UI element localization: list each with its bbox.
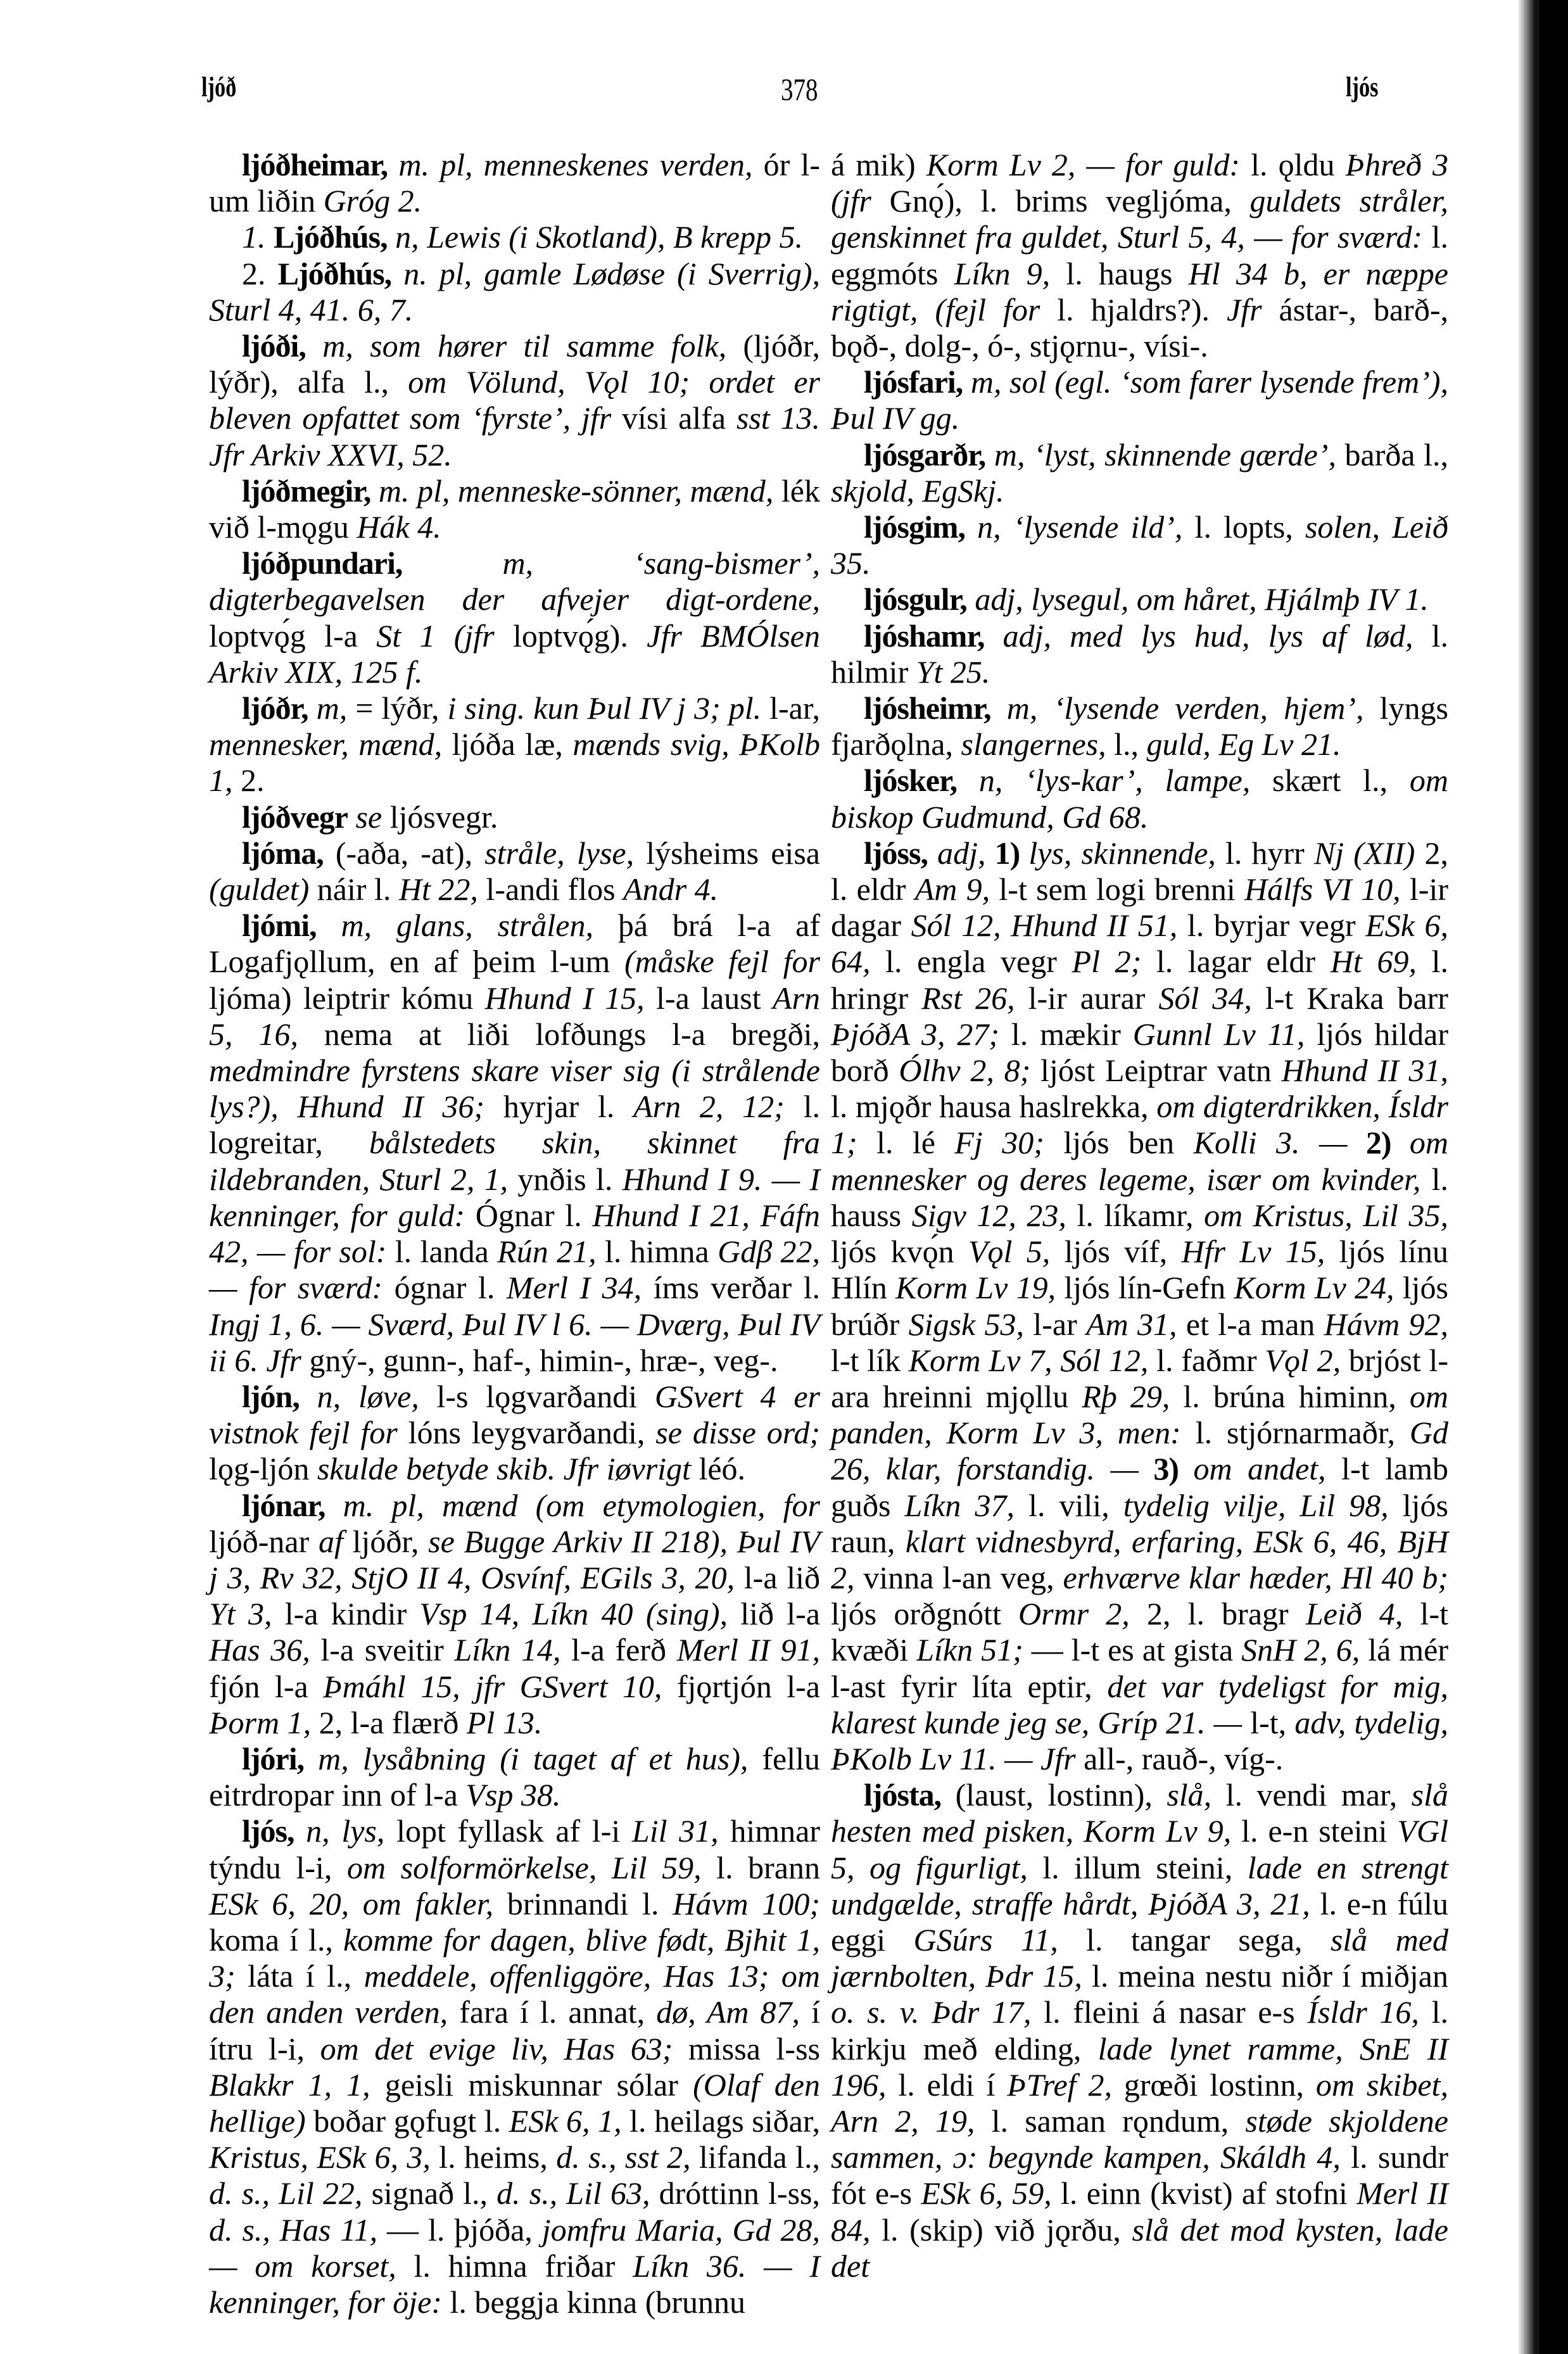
entry-text: l. ǫldu — [1240, 147, 1346, 182]
headword: ljóði, — [242, 328, 306, 364]
entry-text: (laust, lostinn), — [941, 1777, 1167, 1813]
entry-text: l. tangar sega, — [1058, 1922, 1331, 1958]
italic-gloss: Korm Lv 19, — [895, 1270, 1056, 1305]
right-guide-word: ljós — [1346, 71, 1378, 103]
italic-gloss: Arn 2, 12; — [633, 1089, 785, 1124]
sense-number: 3) — [1139, 1451, 1194, 1486]
italic-gloss: St 1 (jfr — [376, 618, 494, 654]
entry-text: lopt fyllask af l-i — [384, 1813, 632, 1849]
italic-gloss: m, ‘lyst, skinnende gærde’, — [985, 437, 1336, 472]
entry-text: l. líkamr, — [1066, 1198, 1204, 1233]
dictionary-entry: ljóðheimar, m. pl, menneskenes verden, ó… — [209, 147, 820, 219]
entry-text: l. brann — [702, 1850, 820, 1885]
headword: ljóðpundari, — [242, 545, 402, 581]
italic-gloss: Þmáhl 15, jfr GSvert 10, — [323, 1669, 662, 1704]
italic-gloss: erhværve klar hæder, Hl 40 b; — [1063, 1560, 1448, 1595]
entry-text: gný-, gunn-, haf-, himin-, hræ-, veg-. — [301, 1343, 778, 1378]
italic-gloss: i sing. kun Þul IV j 3; pl. — [448, 690, 762, 726]
italic-gloss: Líkn 51; — [916, 1632, 1023, 1667]
italic-gloss: Ormr 2, — [1018, 1596, 1130, 1631]
italic-gloss: Líkn 9, — [954, 256, 1051, 291]
entry-text: l-t sem logi brenni — [990, 871, 1244, 907]
italic-gloss: Kolli 3. — — [1194, 1125, 1348, 1160]
sense-number: 2) — [1347, 1125, 1409, 1160]
italic-gloss: Fj 30; — [954, 1125, 1044, 1160]
entry-text: loptvǫ́g l-a — [209, 618, 376, 654]
entry-text: l. saman rǫndum, — [975, 2103, 1245, 2139]
entry-text: ljóst Leiptrar vatn — [1030, 1053, 1281, 1088]
italic-gloss: ÞTref 2, — [1007, 2067, 1112, 2103]
headword: ljón, — [242, 1379, 300, 1414]
entry-text: l. lagar eldr — [1141, 944, 1331, 979]
entry-text: l. vendi mar, — [1211, 1777, 1411, 1813]
entry-text: l-ar — [1024, 1307, 1086, 1342]
italic-gloss: adj, med lys hud, lys af lød, — [985, 618, 1413, 654]
italic-gloss: mennesker, mænd, — [209, 726, 442, 762]
italic-gloss: slangernes, — [961, 726, 1106, 762]
sense-number: Ljóðhús, — [278, 256, 392, 291]
italic-gloss: lys, skinnende, — [1028, 835, 1216, 871]
entry-text: ljóðr, — [343, 1524, 428, 1559]
entry-text: l. (skip) við jǫrðu, — [871, 2212, 1132, 2248]
italic-gloss: d. s., sst 2, — [556, 2139, 690, 2175]
dictionary-entry: ljósgim, n, ‘lysende ild’, l. lopts, sol… — [831, 509, 1448, 581]
entry-text: l. vili, — [1015, 1488, 1123, 1523]
entry-text: ljós kvǫ́n — [831, 1234, 968, 1269]
italic-gloss: guld, Eg Lv 21. — [1147, 726, 1341, 762]
entry-text: l-t Kraka barr — [1252, 980, 1448, 1016]
dictionary-entry: ljósker, n, ‘lys-kar’, lampe, skært l., … — [831, 763, 1448, 835]
entry-text: boðar gǫfugt l. — [306, 2103, 509, 2139]
dictionary-entry: ljóðpundari, m, ‘sang-bismer’, digterbeg… — [209, 545, 820, 690]
italic-gloss: Gróg 2. — [324, 183, 422, 218]
right-column: á mik) Korm Lv 2, — for guld: l. ǫldu Þh… — [831, 147, 1448, 2284]
dictionary-entry: ljóss, adj, 1) lys, skinnende, l. hyrr N… — [831, 835, 1448, 1777]
italic-gloss: Am 31, — [1086, 1307, 1177, 1342]
italic-gloss: om det evige liv, Has 63; — [320, 2031, 673, 2066]
italic-gloss: Pl 13. — [467, 1705, 542, 1740]
italic-gloss: Hák 4. — [357, 509, 441, 545]
dictionary-entry: ljónar, m. pl, mænd (om etymologien, for… — [209, 1488, 820, 1741]
headword: ljóðheimar, — [242, 147, 388, 182]
italic-gloss: ESk 6, 1, — [509, 2103, 622, 2139]
italic-gloss: Kristus, ESk 6, 3, — [209, 2139, 431, 2175]
italic-gloss: skulde betyde skib. Jfr iøvrigt — [317, 1451, 691, 1486]
entry-text: lýsheims eisa — [634, 835, 820, 871]
italic-gloss: ESk 6, 20, om fakler, — [209, 1886, 493, 1921]
italic-gloss: d. s., Lil 22, — [209, 2175, 362, 2211]
entry-text: ljós ben — [1044, 1125, 1194, 1160]
entry-text: l-a ferð — [560, 1632, 676, 1667]
italic-gloss: n, ‘lysende ild’, — [965, 509, 1182, 545]
entry-text: l. e-n steini — [1231, 1813, 1397, 1849]
italic-gloss: Sigsk 53, — [909, 1307, 1024, 1342]
entry-text: koma í l., — [209, 1922, 343, 1958]
entry-text: l. mjǫðr hausa haslrekka, — [831, 1089, 1156, 1124]
italic-gloss: 1. — [242, 219, 274, 255]
italic-gloss: n, ‘lys-kar’, lampe, — [957, 763, 1250, 798]
dictionary-entry: ljósfari, m, sol (egl. ‘som farer lysend… — [831, 364, 1448, 436]
italic-gloss: m. pl, menneskenes verden, — [388, 147, 752, 182]
italic-gloss: n, Lewis (i Skotland), B krepp 5. — [388, 219, 803, 255]
entry-text: (-aða, -at), — [324, 835, 485, 871]
entry-text: náir l. — [309, 871, 399, 907]
italic-gloss: Korm Lv 2, — for guld: — [926, 147, 1240, 182]
italic-gloss: Líkn 14, — [454, 1632, 560, 1667]
italic-gloss: dø, Am 87, — [656, 1994, 800, 2030]
entry-text: l-s lǫgvarðandi — [419, 1379, 655, 1414]
entry-text: l. engla vegr — [871, 944, 1072, 979]
sense-number: Ljóðhús, — [274, 219, 388, 255]
entry-text: all-, rauð-, víg-. — [1076, 1741, 1284, 1776]
italic-gloss: m, — [308, 690, 348, 726]
entry-text: íms verðar l. — [642, 1270, 820, 1305]
entry-text: l. byrjar vegr — [1177, 908, 1365, 943]
entry-text: láta í l., — [236, 1958, 364, 1994]
entry-text: skært l., — [1250, 763, 1410, 798]
entry-text: l. meina nestu niðr í miðjan — [1082, 1958, 1448, 1994]
entry-text: lifanda l., — [691, 2139, 820, 2175]
italic-gloss: Andr 4. — [623, 871, 718, 907]
entry-text: l-t lík — [831, 1343, 909, 1378]
italic-gloss: af — [319, 1524, 343, 1559]
dictionary-entry: ljóðmegir, m. pl, menneske-sönner, mænd,… — [209, 473, 820, 545]
italic-gloss: d. s., Lil 63, — [496, 2175, 650, 2211]
italic-gloss: Rst 26, — [921, 980, 1015, 1016]
entry-text: fjǫrtjón l-a — [662, 1669, 820, 1704]
italic-gloss: Am 9, — [915, 871, 990, 907]
entry-text: ljós víf, — [1050, 1234, 1181, 1269]
italic-gloss: skjold, EgSkj. — [831, 473, 1004, 509]
italic-gloss: Has 36, — [209, 1632, 310, 1667]
entry-text: l. stjórnarmaðr, — [1181, 1415, 1410, 1450]
headword: ljóma, — [242, 835, 324, 871]
italic-gloss: Merl I 34, — [507, 1270, 642, 1305]
italic-gloss: o. s. v. Þdr 17, — [831, 1994, 1032, 2030]
entry-text: léó. — [691, 1451, 745, 1486]
italic-gloss: Hfr Lv 15, — [1182, 1234, 1325, 1269]
italic-gloss: Vǫl 5, — [968, 1234, 1050, 1269]
italic-gloss: m, som hører til samme folk, — [306, 328, 726, 364]
italic-gloss: GSúrs 11, — [913, 1922, 1058, 1958]
italic-gloss: SnH 2, 6, — [1241, 1632, 1360, 1667]
entry-text: ljóða læ, — [442, 726, 572, 762]
italic-gloss: m. pl, menneske-sönner, mænd, — [370, 473, 773, 509]
entry-text: l. landa — [386, 1234, 497, 1269]
italic-gloss: Nj (XII) — [1314, 835, 1415, 871]
headword: ljós, — [242, 1813, 294, 1849]
headword: ljómi, — [242, 908, 317, 943]
entry-text: 2, l. bragr — [1130, 1596, 1306, 1631]
entry-text: grœði lostinn, — [1112, 2067, 1316, 2103]
entry-text: l-a laust — [645, 980, 773, 1016]
headword: ljóðvegr — [242, 799, 348, 835]
entry-text: l-a kindir — [272, 1596, 419, 1631]
italic-gloss: Yt 25. — [916, 654, 990, 690]
entry-text: Ógnar l. — [465, 1198, 592, 1233]
entry-text: l. faðmr — [1148, 1343, 1265, 1378]
entry-text: l., — [1106, 726, 1147, 762]
entry-text: lið l-a — [728, 1596, 820, 1631]
entry-text: vísi alfa — [611, 400, 737, 436]
entry-text: ljóma) leiptrir kómu — [209, 980, 485, 1016]
scan-binding-edge — [1540, 0, 1568, 2354]
italic-gloss: Yt 3, — [209, 1596, 272, 1631]
italic-gloss: slå, — [1167, 1777, 1211, 1813]
dictionary-entry: 2. Ljóðhús, n. pl, gamle Lødøse (i Sverr… — [209, 256, 820, 328]
headword: ljóri, — [242, 1741, 304, 1776]
entry-text: l. lopts, — [1182, 509, 1305, 545]
entry-text: l. haugs — [1050, 256, 1189, 291]
entry-text: l-andi flos — [478, 871, 623, 907]
italic-gloss: (guldet) — [209, 871, 309, 907]
entry-text: l. fleini á nasar e-s — [1032, 1994, 1308, 2030]
headword: ljónar, — [242, 1488, 325, 1523]
entry-text: hyrjar l. — [484, 1089, 633, 1124]
entry-text: l. heilags siðar, — [622, 2103, 820, 2139]
italic-gloss: adj, — [928, 835, 986, 871]
entry-text: l. eldi í — [887, 2067, 1008, 2103]
italic-gloss: m. pl, mænd (om etymologien, for — [325, 1488, 820, 1523]
entry-text: ljóð-nar — [209, 1524, 319, 1559]
entry-text: nema at liði lofðungs l-a bregði, — [298, 1016, 820, 1052]
dictionary-entry: ljóma, (-aða, -at), stråle, lyse, lýshei… — [209, 835, 820, 908]
headword: ljósta, — [864, 1777, 941, 1813]
entry-text: missa l-ss — [673, 2031, 820, 2066]
headword: ljóðmegir, — [242, 473, 370, 509]
italic-gloss: ESk 6, 59, — [921, 2175, 1051, 2211]
italic-gloss: Lil 31, — [632, 1813, 719, 1849]
italic-gloss: Vsp 38. — [465, 1777, 560, 1813]
dictionary-entry: 1. Ljóðhús, n, Lewis (i Skotland), B kre… — [209, 219, 820, 255]
italic-gloss: Vǫl 2, — [1265, 1343, 1341, 1378]
entry-text: dróttinn l-ss, — [650, 2175, 821, 2211]
italic-gloss: Gunnl Lv 11, — [1133, 1016, 1305, 1052]
sense-number: 1) — [985, 835, 1028, 871]
dictionary-entry: ljóshamr, adj, med lys hud, lys af lød, … — [831, 618, 1448, 690]
headword: ljósker, — [864, 763, 957, 798]
entry-text: á mik) — [831, 147, 926, 182]
italic-gloss: Ísldr 16, — [1307, 1994, 1419, 2030]
headword: ljóshamr, — [864, 618, 985, 654]
italic-gloss: Blakkr 1, 1, — [209, 2067, 370, 2103]
entry-text: barða l., — [1336, 437, 1448, 472]
italic-gloss: Rþ 29, — [1082, 1379, 1170, 1414]
dictionary-entry: ljósgarðr, m, ‘lyst, skinnende gærde’, b… — [831, 437, 1448, 509]
italic-gloss: Hhund I 15, — [485, 980, 645, 1016]
left-guide-word: ljóð — [201, 71, 236, 103]
entry-text: loptvǫ́g). — [495, 618, 647, 654]
entry-text: ógnar l. — [383, 1270, 507, 1305]
italic-gloss: Hálfs VI 10, — [1244, 871, 1401, 907]
entry-text: 2, l-a flærð — [311, 1705, 467, 1740]
entry-text: l. brúna himinn, — [1170, 1379, 1410, 1414]
entry-text: Gnǫ́), l. brims vegljóma, — [871, 183, 1250, 218]
italic-gloss: Ht 22, — [399, 871, 478, 907]
entry-text: et l-a man — [1177, 1307, 1324, 1342]
entry-text: l. beggja kinna (brunnu — [442, 2284, 745, 2320]
italic-gloss: m, lysåbning (i taget af et hus), — [304, 1741, 748, 1776]
entry-text: l. hyrr — [1216, 835, 1314, 871]
italic-gloss: om solformörkelse, Lil 59, — [347, 1850, 702, 1885]
dictionary-entry: ljósheimr, m, ‘lysende verden, hjem’, ly… — [831, 690, 1448, 763]
entry-text: l-a lið — [735, 1560, 820, 1595]
dictionary-entry: ljón, n, løve, l-s lǫgvarðandi GSvert 4 … — [209, 1379, 820, 1488]
italic-gloss: d. s., Has 11, — [209, 2212, 377, 2248]
page-number: 378 — [781, 71, 818, 108]
italic-gloss: Sól 12, Hhund II 51, — [911, 908, 1178, 943]
italic-gloss: adj, lysegul, om håret, Hjálmþ IV 1. — [967, 581, 1429, 617]
italic-gloss: m, ‘lysende verden, hjem’, — [991, 690, 1364, 726]
entry-text: fjón l-a — [209, 1669, 323, 1704]
italic-gloss: om Kristus, Lil 35, — [1204, 1198, 1448, 1233]
italic-gloss: Korm Lv 24, — [1234, 1270, 1394, 1305]
dictionary-entry: ljóðr, m, = lýðr, i sing. kun Þul IV j 3… — [209, 690, 820, 799]
entry-text: signað l., — [362, 2175, 496, 2211]
entry-text: ljósvegr. — [382, 799, 498, 835]
entry-text: brinnandi l. — [493, 1886, 673, 1921]
italic-gloss: Merl II 91, — [677, 1632, 820, 1667]
entry-text: lǫg-ljón — [209, 1451, 317, 1486]
italic-gloss: n, løve, — [300, 1379, 419, 1414]
dictionary-entry: ljómi, m, glans, strålen, þá brá l-a af … — [209, 908, 820, 1379]
italic-gloss: Pl 2; — [1072, 944, 1142, 979]
italic-gloss: Leið 4, — [1306, 1596, 1403, 1631]
dictionary-entry: á mik) Korm Lv 2, — for guld: l. ǫldu Þh… — [831, 147, 1448, 364]
italic-gloss: Vsp 14, Líkn 40 (sing), — [419, 1596, 728, 1631]
entry-text: l. heims, — [431, 2139, 556, 2175]
dictionary-entry: ljósta, (laust, lostinn), slå, l. vendi … — [831, 1777, 1448, 2284]
dictionary-entry: ljósgulr, adj, lysegul, om håret, Hjálmþ… — [831, 581, 1448, 617]
headword: ljóss, — [864, 835, 928, 871]
headword: ljósgarðr, — [864, 437, 985, 472]
entry-text: l. lé — [857, 1125, 955, 1160]
italic-gloss: Korm Lv 7, Sól 12, — [909, 1343, 1149, 1378]
entry-text: — l-t es at gista — [1023, 1632, 1241, 1667]
headword: ljósfari, — [864, 364, 963, 400]
dictionary-entry: ljós, n, lys, lopt fyllask af l-i Lil 31… — [209, 1813, 820, 2320]
entry-text: geisli miskunnar sólar — [370, 2067, 693, 2103]
entry-text: = lýðr, — [347, 690, 447, 726]
italic-gloss: Hávm 100; — [673, 1886, 820, 1921]
entry-text: ljós orðgnótt — [831, 1596, 1018, 1631]
entry-text: l-ir aurar — [1015, 980, 1159, 1016]
headword: ljóðr, — [242, 690, 308, 726]
entry-text: l. einn (kvist) af stofni — [1052, 2175, 1356, 2211]
entry-text: l. himna friðar — [396, 2248, 633, 2284]
headword: ljósgulr, — [864, 581, 967, 617]
headword: ljósgim, — [864, 509, 965, 545]
entry-text: l. mækir — [999, 1016, 1133, 1052]
entry-text: lóns leygvarðandi, — [398, 1415, 656, 1450]
italic-gloss: Rún 21, — [497, 1234, 596, 1269]
italic-gloss: Sól 34, — [1158, 980, 1251, 1016]
italic-gloss: Þorm 1, — [209, 1705, 311, 1740]
italic-gloss: om andet, — [1194, 1451, 1326, 1486]
entry-text: l. hjaldrs?). — [1040, 292, 1227, 327]
italic-gloss: Ht 69, — [1331, 944, 1417, 979]
entry-text: fara í l. annat, — [448, 1994, 656, 2030]
entry-text: l. illum steini, — [1028, 1850, 1248, 1885]
italic-gloss: se — [348, 799, 382, 835]
entry-text: — l. þjóða, — [377, 2212, 542, 2248]
italic-gloss: m, glans, strålen, — [317, 908, 593, 943]
entry-text: 2. — [242, 256, 278, 291]
headword: ljósheimr, — [864, 690, 991, 726]
italic-gloss: ÞjóðA 3, 27; — [831, 1016, 999, 1052]
italic-gloss: Hávm 92, — [1324, 1307, 1448, 1342]
italic-gloss: Hhund II 31, — [1282, 1053, 1448, 1088]
italic-gloss: Líkn 37, — [905, 1488, 1015, 1523]
entry-text: l-ar, — [761, 690, 820, 726]
italic-gloss: Ólhv 2, 8; — [899, 1053, 1030, 1088]
dictionary-entry: ljóði, m, som hører til samme folk, (ljó… — [209, 328, 820, 473]
italic-gloss: se disse ord; — [655, 1415, 820, 1450]
italic-gloss: stråle, lyse, — [484, 835, 634, 871]
dictionary-entry: ljóðvegr se ljósvegr. — [209, 799, 820, 835]
entry-text: 2. — [233, 763, 265, 798]
italic-gloss: Sigv 12, 23, — [912, 1198, 1066, 1233]
entry-text: l-t, — [1242, 1705, 1294, 1740]
left-column: ljóðheimar, m. pl, menneskenes verden, ó… — [209, 147, 820, 2320]
entry-text: l-a sveitir — [310, 1632, 455, 1667]
entry-text: vinna l-an veg, — [855, 1560, 1063, 1595]
italic-gloss: n, lys, — [294, 1813, 385, 1849]
dictionary-entry: ljóri, m, lysåbning (i taget af et hus),… — [209, 1741, 820, 1813]
entry-text: ljós lín-Gefn — [1056, 1270, 1234, 1305]
italic-gloss: Jfr — [1227, 292, 1262, 327]
entry-text: ynðis l. — [508, 1161, 623, 1197]
italic-gloss: (måske fejl for — [624, 944, 820, 979]
italic-gloss: tydelig vilje, Lil 98, — [1123, 1488, 1389, 1523]
entry-text: l. himna — [597, 1234, 718, 1269]
